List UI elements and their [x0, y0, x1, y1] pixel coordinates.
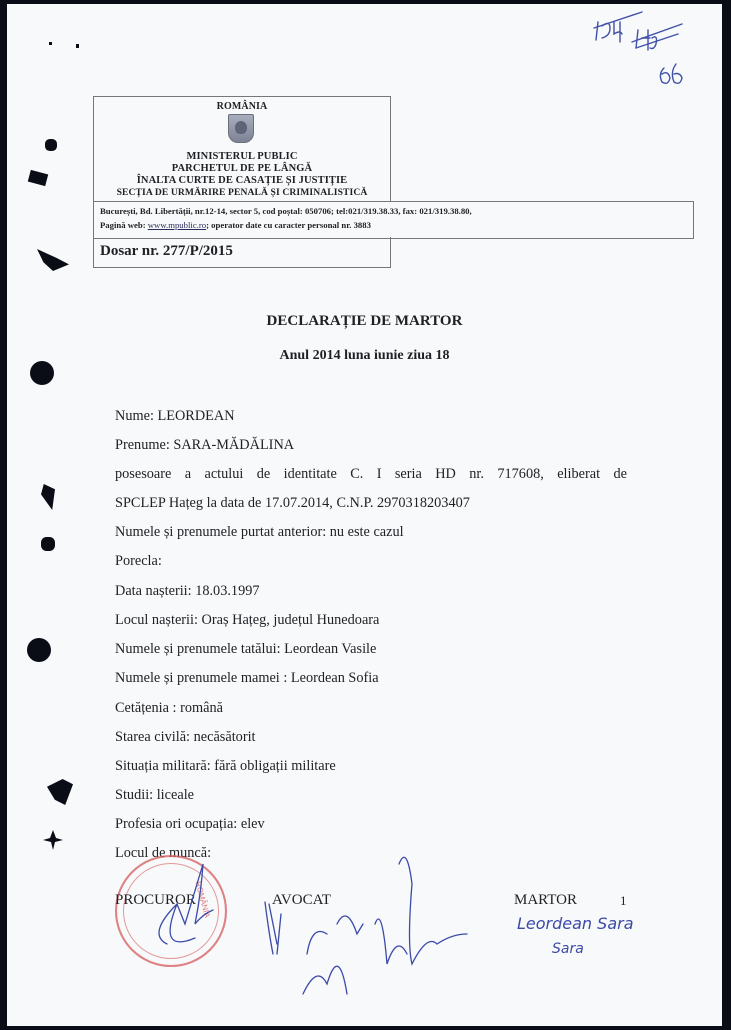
field-nume: Nume: LEORDEAN: [115, 408, 235, 425]
identity-word: de: [257, 466, 271, 483]
letterhead-country: ROMÂNIA: [94, 101, 390, 113]
identity-word: identitate: [284, 466, 337, 483]
punch-hole-mark: [28, 170, 48, 186]
field-mama: Numele și prenumele mamei : Leordean Sof…: [115, 670, 379, 687]
identity-word: 717608,: [497, 466, 543, 483]
field-identity-line-2: SPCLEP Hațeg la data de 17.07.2014, C.N.…: [115, 495, 470, 512]
field-porecla: Porecla:: [115, 553, 162, 570]
field-studii: Studii: liceale: [115, 787, 194, 804]
document-date: Anul 2014 luna iunie ziua 18: [7, 348, 722, 364]
identity-word: de: [613, 466, 627, 483]
field-situatia-militara: Situația militară: fără obligații milita…: [115, 758, 336, 775]
web-link[interactable]: www.mpublic.ro: [148, 220, 206, 230]
field-cetatenia: Cetățenia : română: [115, 700, 223, 717]
document-title: DECLARAȚIE DE MARTOR: [7, 313, 722, 330]
punch-hole: [30, 361, 54, 385]
field-tatal: Numele și prenumele tatălui: Leordean Va…: [115, 641, 376, 658]
identity-word: I: [377, 466, 382, 483]
punch-hole-mark: [37, 249, 69, 271]
coat-of-arms-icon: [228, 114, 254, 143]
identity-word: HD: [435, 466, 456, 483]
identity-word: nr.: [469, 466, 484, 483]
identity-word: a: [185, 466, 191, 483]
identity-word: actului: [204, 466, 243, 483]
punch-hole-mark: [47, 779, 73, 805]
field-prenume: Prenume: SARA-MĂDĂLINA: [115, 437, 294, 454]
contact-web: Pagină web: www.mpublic.ro; operator dat…: [100, 219, 371, 231]
dosar-number: Dosar nr. 277/P/2015: [100, 243, 233, 260]
field-starea-civila: Starea civilă: necăsătorit: [115, 729, 256, 746]
identity-word: eliberat: [557, 466, 600, 483]
letterhead: ROMÂNIA MINISTERUL PUBLIC PARCHETUL DE P…: [93, 96, 391, 201]
speck: [76, 44, 79, 48]
letterhead-line-3: ÎNALTA CURTE DE CASAȚIE ȘI JUSTIȚIE: [94, 175, 390, 187]
web-suffix: ; operator date cu caracter personal nr.…: [206, 220, 371, 230]
speck: [49, 42, 52, 45]
identity-word: seria: [395, 466, 422, 483]
punch-hole-mark: [43, 830, 63, 850]
page-number: 1: [620, 893, 627, 909]
martor-signature: Leordean Sara: [517, 914, 634, 933]
field-identity-line-1: posesoareaactuluideidentitateC.IseriaHDn…: [115, 466, 627, 483]
punch-hole-mark: [45, 139, 57, 151]
identity-word: C.: [350, 466, 363, 483]
field-locul-nasterii: Locul nașterii: Oraș Hațeg, județul Hune…: [115, 612, 379, 629]
field-data-nasterii: Data nașterii: 18.03.1997: [115, 583, 260, 600]
dosar-box: Dosar nr. 277/P/2015: [93, 237, 391, 268]
handwritten-signatures: [107, 844, 527, 1014]
contact-address: București, Bd. Libertății, nr.12-14, sec…: [100, 205, 472, 217]
field-nume-anterior: Numele și prenumele purtat anterior: nu …: [115, 524, 404, 541]
punch-hole-mark: [41, 537, 55, 551]
punch-hole: [27, 638, 51, 662]
letterhead-contact: București, Bd. Libertății, nr.12-14, sec…: [93, 201, 694, 239]
identity-word: posesoare: [115, 466, 171, 483]
letterhead-line-2: PARCHETUL DE PE LÂNGĂ: [94, 163, 390, 175]
web-label: Pagină web:: [100, 220, 146, 230]
martor-signature-initials: Sara: [552, 941, 584, 957]
handwritten-folio-numbers: [592, 8, 702, 88]
letterhead-line-4: SECȚIA DE URMĂRIRE PENALĂ ȘI CRIMINALIST…: [94, 187, 390, 199]
punch-hole-mark: [41, 484, 55, 510]
letterhead-line-1: MINISTERUL PUBLIC: [94, 151, 390, 163]
scanned-document-page: 154 ROMÂNIA MINISTERUL PUBLIC PARCHETUL …: [7, 4, 722, 1026]
field-profesia: Profesia ori ocupația: elev: [115, 816, 265, 833]
